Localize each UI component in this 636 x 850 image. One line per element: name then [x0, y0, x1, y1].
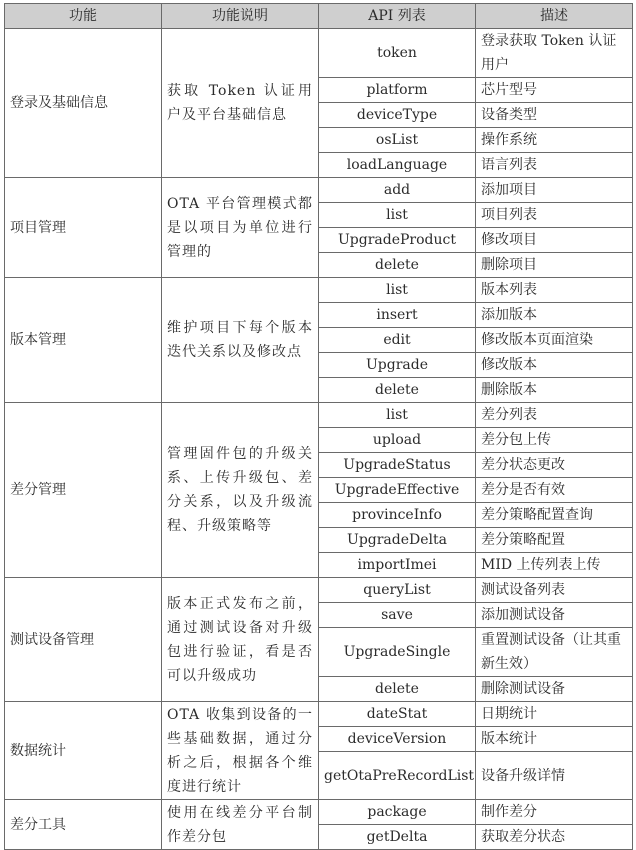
api-name-cell: package [319, 800, 476, 825]
api-table: 功能 功能说明 API 列表 描述 登录及基础信息 获取 Token 认证用户及… [4, 3, 633, 833]
api-description-cell: 芯片型号 [476, 78, 633, 103]
header-feature: 功能 [5, 4, 162, 29]
api-name-cell: edit [319, 328, 476, 353]
api-name-cell: dateStat [319, 702, 476, 727]
table-row: 项目管理 OTA 平台管理模式都是以项目为单位进行管理的 add 添加项目 [5, 178, 633, 203]
api-description-cell: 制作差分 [476, 800, 633, 825]
feature-cell: 测试设备管理 [5, 578, 162, 702]
api-description-cell: 版本统计 [476, 727, 633, 752]
api-name-cell: queryList [319, 578, 476, 603]
api-description-cell: 语言列表 [476, 153, 633, 178]
feature-description-cell: 维护项目下每个版本迭代关系以及修改点 [162, 278, 319, 403]
api-name-cell: list [319, 403, 476, 428]
api-description-cell: 删除版本 [476, 378, 633, 403]
feature-description-cell: OTA 收集到设备的一些基础数据，通过分析之后，根据各个维度进行统计 [162, 702, 319, 800]
api-description-cell: 版本列表 [476, 278, 633, 303]
api-description-cell: 删除项目 [476, 253, 633, 278]
api-name-cell: provinceInfo [319, 503, 476, 528]
api-description-cell: 获取差分状态 [476, 825, 633, 834]
table-row: 测试设备管理 版本正式发布之前，通过测试设备对升级包进行验证，看是否可以升级成功… [5, 578, 633, 603]
table-row: 数据统计 OTA 收集到设备的一些基础数据，通过分析之后，根据各个维度进行统计 … [5, 702, 633, 727]
api-name-cell: list [319, 278, 476, 303]
api-name-cell: insert [319, 303, 476, 328]
api-description-cell: 删除测试设备 [476, 677, 633, 702]
feature-description-cell: 使用在线差分平台制作差分包 [162, 800, 319, 834]
api-name-cell: UpgradeSingle [319, 628, 476, 677]
table-row: 版本管理 维护项目下每个版本迭代关系以及修改点 list 版本列表 [5, 278, 633, 303]
api-description-cell: 修改版本页面渲染 [476, 328, 633, 353]
header-description: 描述 [476, 4, 633, 29]
api-description-cell: 差分策略配置查询 [476, 503, 633, 528]
api-description-cell: 日期统计 [476, 702, 633, 727]
api-name-cell: deviceVersion [319, 727, 476, 752]
header-row: 功能 功能说明 API 列表 描述 [5, 4, 633, 29]
api-name-cell: save [319, 603, 476, 628]
feature-description-cell: 版本正式发布之前，通过测试设备对升级包进行验证，看是否可以升级成功 [162, 578, 319, 702]
api-description-cell: 重置测试设备（让其重新生效） [476, 628, 633, 677]
api-name-cell: UpgradeEffective [319, 478, 476, 503]
api-name-cell: loadLanguage [319, 153, 476, 178]
api-name-cell: importImei [319, 553, 476, 578]
api-name-cell: delete [319, 253, 476, 278]
api-description-cell: 测试设备列表 [476, 578, 633, 603]
api-name-cell: getOtaPreRecordList [319, 752, 476, 800]
api-description-cell: 差分策略配置 [476, 528, 633, 553]
api-name-cell: upload [319, 428, 476, 453]
api-name-cell: osList [319, 128, 476, 153]
api-description-cell: 差分列表 [476, 403, 633, 428]
api-description-cell: MID 上传列表上传 [476, 553, 633, 578]
api-description-cell: 差分包上传 [476, 428, 633, 453]
api-description-cell: 修改项目 [476, 228, 633, 253]
api-description-cell: 添加测试设备 [476, 603, 633, 628]
header-feature-description: 功能说明 [162, 4, 319, 29]
api-name-cell: UpgradeStatus [319, 453, 476, 478]
feature-description-cell: 管理固件包的升级关系、上传升级包、差分关系，以及升级流程、升级策略等 [162, 403, 319, 578]
api-description-cell: 添加版本 [476, 303, 633, 328]
api-description-cell: 操作系统 [476, 128, 633, 153]
feature-description-cell: 获取 Token 认证用户及平台基础信息 [162, 29, 319, 178]
table-row: 差分工具 使用在线差分平台制作差分包 package 制作差分 [5, 800, 633, 825]
api-name-cell: getDelta [319, 825, 476, 834]
header-api-list: API 列表 [319, 4, 476, 29]
api-name-cell: UpgradeProduct [319, 228, 476, 253]
api-name-cell: UpgradeDelta [319, 528, 476, 553]
api-name-cell: deviceType [319, 103, 476, 128]
api-name-cell: add [319, 178, 476, 203]
api-name-cell: platform [319, 78, 476, 103]
feature-cell: 登录及基础信息 [5, 29, 162, 178]
table-row: 差分管理 管理固件包的升级关系、上传升级包、差分关系，以及升级流程、升级策略等 … [5, 403, 633, 428]
api-description-cell: 登录获取 Token 认证用户 [476, 29, 633, 78]
api-description-cell: 添加项目 [476, 178, 633, 203]
api-description-cell: 差分是否有效 [476, 478, 633, 503]
api-name-cell: delete [319, 677, 476, 702]
feature-description-cell: OTA 平台管理模式都是以项目为单位进行管理的 [162, 178, 319, 278]
api-name-cell: Upgrade [319, 353, 476, 378]
feature-cell: 差分管理 [5, 403, 162, 578]
api-description-cell: 设备类型 [476, 103, 633, 128]
api-name-cell: token [319, 29, 476, 78]
api-name-cell: delete [319, 378, 476, 403]
table-row: 登录及基础信息 获取 Token 认证用户及平台基础信息 token 登录获取 … [5, 29, 633, 78]
api-description-cell: 设备升级详情 [476, 752, 633, 800]
api-description-cell: 差分状态更改 [476, 453, 633, 478]
feature-cell: 项目管理 [5, 178, 162, 278]
api-description-cell: 项目列表 [476, 203, 633, 228]
api-description-cell: 修改版本 [476, 353, 633, 378]
feature-cell: 数据统计 [5, 702, 162, 800]
api-name-cell: list [319, 203, 476, 228]
feature-cell: 版本管理 [5, 278, 162, 403]
feature-cell: 差分工具 [5, 800, 162, 834]
